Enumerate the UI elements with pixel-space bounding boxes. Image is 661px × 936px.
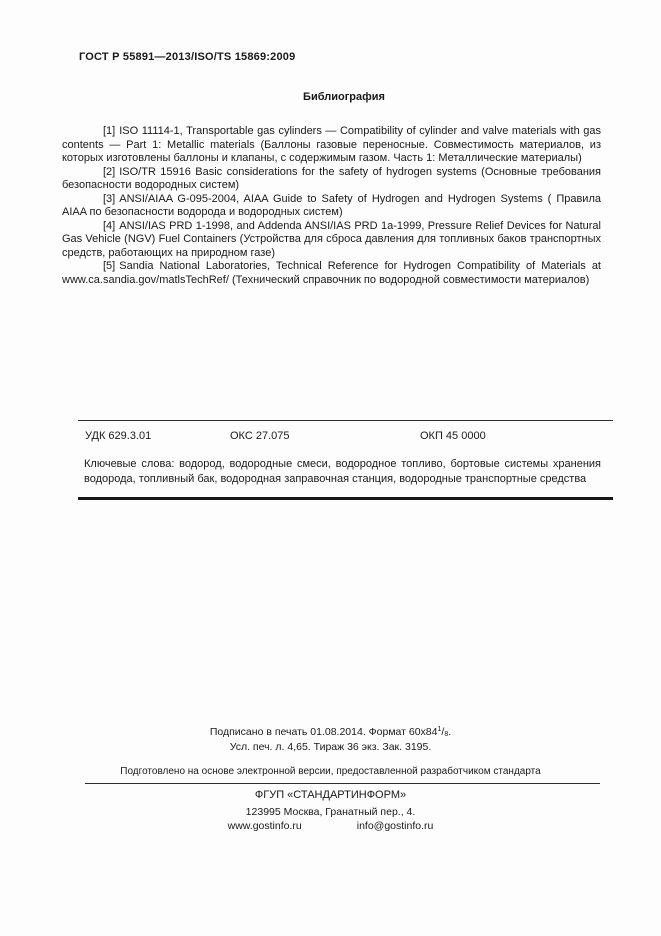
- reference-number: [4]: [103, 220, 115, 232]
- divider-line-bottom: [85, 783, 600, 784]
- publisher-address: 123995 Москва, Гранатный пер., 4.: [0, 806, 661, 818]
- publisher-contacts-row: www.gostinfo.ru info@gostinfo.ru: [0, 820, 661, 832]
- reference-text: ANSI/AIAA G-095-2004, AIAA Guide to Safe…: [62, 193, 601, 219]
- okp-code: ОКП 45 0000: [420, 430, 486, 442]
- reference-number: [2]: [103, 166, 115, 178]
- imprint-signed-suffix: .: [448, 726, 451, 738]
- bibliography-entry: [2]ISO/TR 15916 Basic considerations for…: [62, 166, 601, 193]
- divider-line-top: [78, 420, 613, 421]
- publisher-name: ФГУП «СТАНДАРТИНФОРМ»: [0, 789, 661, 801]
- bibliography-entry: [4]ANSI/IAS PRD 1-1998, and Addenda ANSI…: [62, 220, 601, 261]
- keywords-paragraph: Ключевые слова: водород, водородные смес…: [84, 457, 601, 487]
- bibliography-entry: [1]ISO 11114-1, Transportable gas cylind…: [62, 125, 601, 166]
- reference-text: ANSI/IAS PRD 1-1998, and Addenda ANSI/IA…: [62, 220, 601, 259]
- publisher-email: info@gostinfo.ru: [357, 820, 434, 832]
- reference-number: [5]: [103, 260, 115, 272]
- bibliography-entry: [5]Sandia National Laboratories, Technic…: [62, 260, 601, 287]
- publisher-website: www.gostinfo.ru: [228, 820, 302, 832]
- reference-number: [3]: [103, 193, 115, 205]
- bibliography-entry: [3]ANSI/AIAA G-095-2004, AIAA Guide to S…: [62, 193, 601, 220]
- document-page: ГОСТ Р 55891—2013/ISO/TS 15869:2009 Библ…: [0, 0, 661, 936]
- prepared-note: Подготовлено на основе электронной верси…: [0, 766, 661, 777]
- oks-code: ОКС 27.075: [230, 430, 290, 442]
- imprint-signed-line: Подписано в печать 01.08.2014. Формат 60…: [0, 726, 661, 738]
- udk-code: УДК 629.3.01: [85, 430, 151, 442]
- reference-text: ISO 11114-1, Transportable gas cylinders…: [62, 125, 601, 164]
- reference-number: [1]: [103, 125, 115, 137]
- standard-code-header: ГОСТ Р 55891—2013/ISO/TS 15869:2009: [79, 51, 295, 63]
- section-title: Библиография: [75, 91, 613, 103]
- reference-text: Sandia National Laboratories, Technical …: [62, 260, 601, 286]
- bibliography-list: [1]ISO 11114-1, Transportable gas cylind…: [62, 125, 601, 287]
- imprint-print-run-line: Усл. печ. л. 4,65. Тираж 36 экз. Зак. 31…: [0, 741, 661, 753]
- imprint-signed-text: Подписано в печать 01.08.2014. Формат 60…: [210, 726, 438, 738]
- divider-line-thick: [78, 497, 613, 500]
- reference-text: ISO/TR 15916 Basic considerations for th…: [62, 166, 601, 192]
